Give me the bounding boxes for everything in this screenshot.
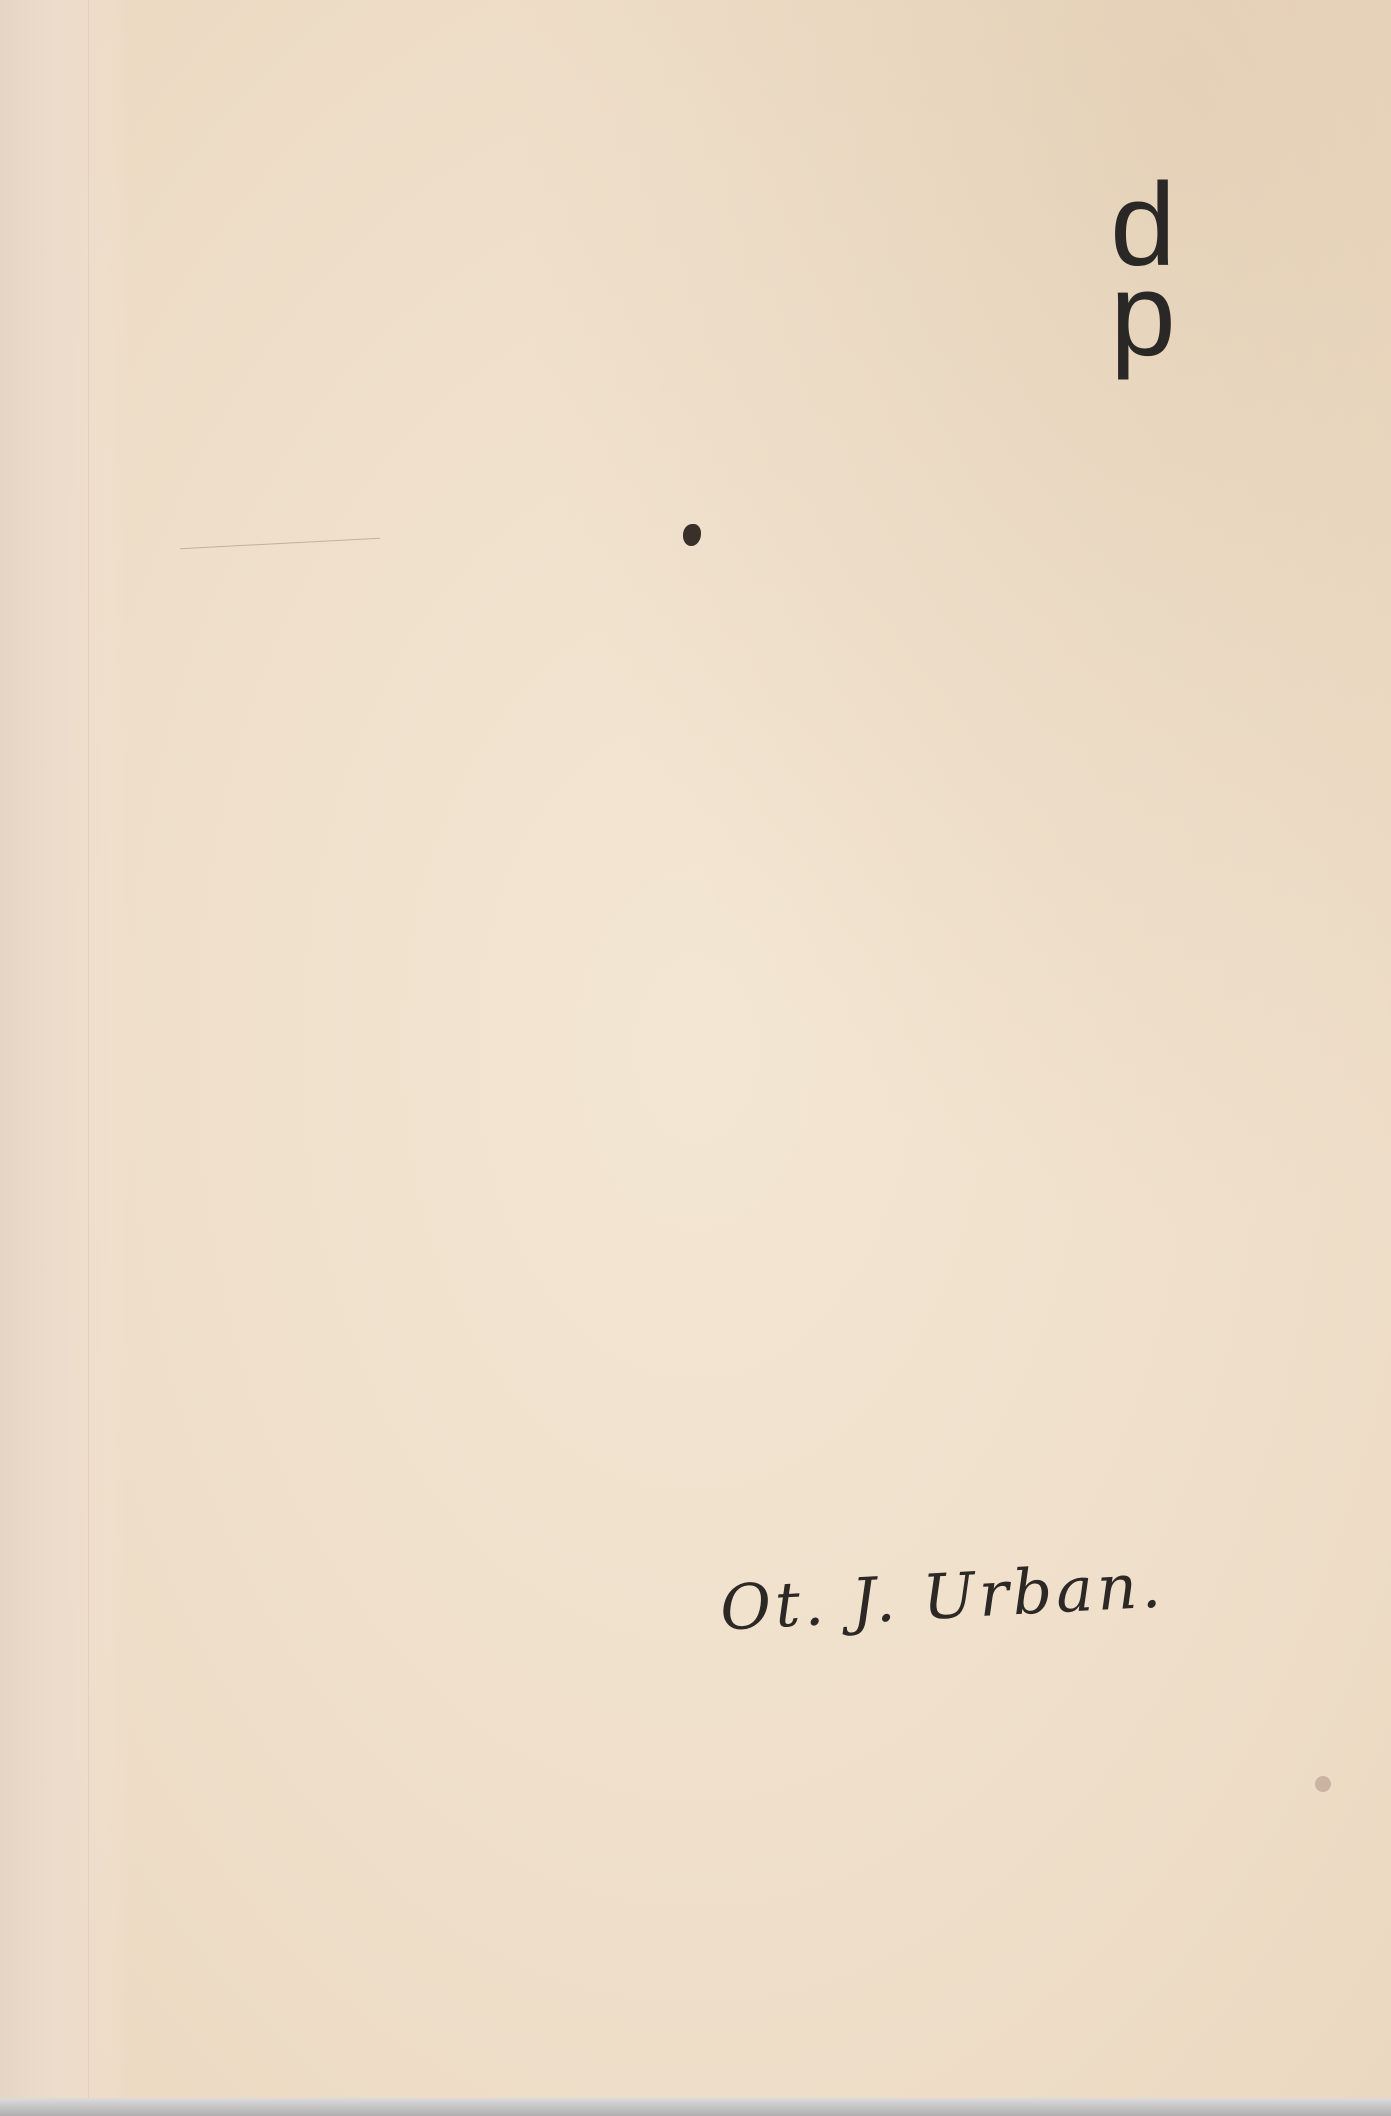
handwritten-signature: Ot. J. Urban.: [718, 1548, 1166, 1644]
spine-shadow: [0, 0, 130, 2098]
imprint-letter-p: p: [1098, 270, 1188, 360]
ink-speck: [683, 524, 701, 546]
paper-spot: [1315, 1776, 1331, 1792]
publisher-imprint: d p: [1098, 180, 1188, 360]
paper-scratch: [180, 538, 380, 549]
page-bottom-edge: [0, 2098, 1391, 2116]
spine-crease: [88, 0, 89, 2098]
book-page: d p Ot. J. Urban.: [0, 0, 1391, 2098]
